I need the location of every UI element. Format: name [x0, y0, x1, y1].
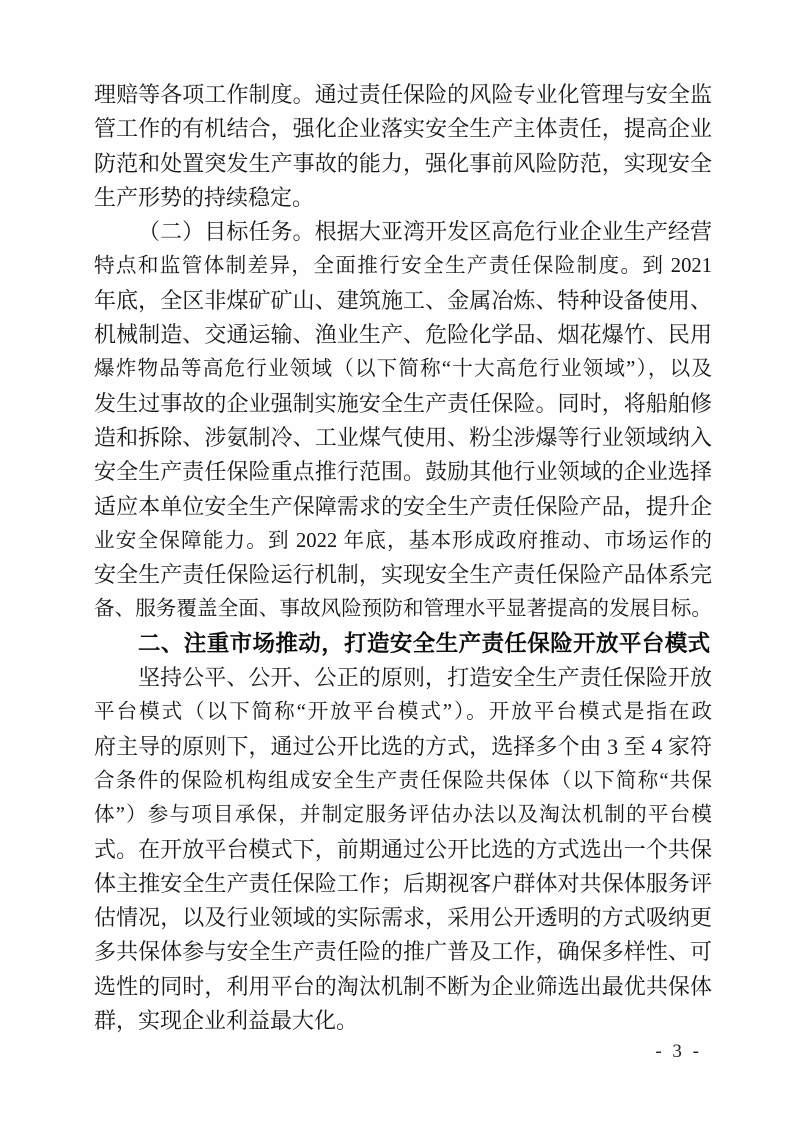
text-line: 年底，全区非煤矿矿山、建筑施工、金属冶炼、特种设备使用、: [94, 284, 712, 318]
text-line: 发生过事故的企业强制实施安全生产责任保险。同时，将船舶修: [94, 387, 712, 421]
text-line: 造和拆除、涉氨制冷、工业煤气使用、粉尘涉爆等行业领域纳入: [94, 421, 712, 455]
text-line: 府主导的原则下，通过公开比选的方式，选择多个由 3 至 4 家符: [94, 730, 712, 764]
text-line: 理赔等各项工作制度。通过责任保险的风险专业化管理与安全监: [94, 78, 712, 112]
text-line: 管工作的有机结合，强化企业落实安全生产主体责任，提高企业: [94, 112, 712, 146]
text-line: 坚持公平、公开、公正的原则，打造安全生产责任保险开放: [94, 661, 712, 695]
text-line: 合条件的保险机构组成安全生产责任保险共保体（以下简称“共保: [94, 764, 712, 798]
text-line: 备、服务覆盖全面、事故风险预防和管理水平显著提高的发展目标。: [94, 592, 712, 626]
text-line: 体主推安全生产责任保险工作；后期视客户群体对共保体服务评: [94, 867, 712, 901]
text-line: 多共保体参与安全生产责任险的推广普及工作，确保多样性、可: [94, 935, 712, 969]
text-line: 式。在开放平台模式下，前期通过公开比选的方式选出一个共保: [94, 833, 712, 867]
text-line: 选性的同时，利用平台的淘汰机制不断为企业筛选出最优共保体: [94, 970, 712, 1004]
text-line: 体”）参与项目承保，并制定服务评估办法以及淘汰机制的平台模: [94, 798, 712, 832]
text-line: 防范和处置突发生产事故的能力，强化事前风险防范，实现安全: [94, 147, 712, 181]
text-line: 估情况，以及行业领域的实际需求，采用公开透明的方式吸纳更: [94, 901, 712, 935]
page-number: - 3 -: [655, 1041, 702, 1063]
document-page: 理赔等各项工作制度。通过责任保险的风险专业化管理与安全监 管工作的有机结合，强化…: [0, 0, 793, 1122]
text-line: 爆炸物品等高危行业领域（以下简称“十大高危行业领域”），以及: [94, 352, 712, 386]
text-line: 安全生产责任保险重点推行范围。鼓励其他行业领域的企业选择: [94, 455, 712, 489]
text-line: 群，实现企业利益最大化。: [94, 1004, 712, 1038]
text-line: 特点和监管体制差异，全面推行安全生产责任保险制度。到 2021: [94, 249, 712, 283]
text-line: 业安全保障能力。到 2022 年底，基本形成政府推动、市场运作的: [94, 524, 712, 558]
text-line: （二）目标任务。根据大亚湾开发区高危行业企业生产经营: [94, 215, 712, 249]
text-line: 安全生产责任保险运行机制，实现安全生产责任保险产品体系完: [94, 558, 712, 592]
text-line: 适应本单位安全生产保障需求的安全生产责任保险产品，提升企: [94, 490, 712, 524]
section-heading: 二、注重市场推动，打造安全生产责任保险开放平台模式: [94, 627, 712, 661]
document-body: 理赔等各项工作制度。通过责任保险的风险专业化管理与安全监 管工作的有机结合，强化…: [94, 78, 712, 1038]
text-line: 生产形势的持续稳定。: [94, 181, 712, 215]
text-line: 平台模式（以下简称“开放平台模式”）。开放平台模式是指在政: [94, 695, 712, 729]
text-line: 机械制造、交通运输、渔业生产、危险化学品、烟花爆竹、民用: [94, 318, 712, 352]
